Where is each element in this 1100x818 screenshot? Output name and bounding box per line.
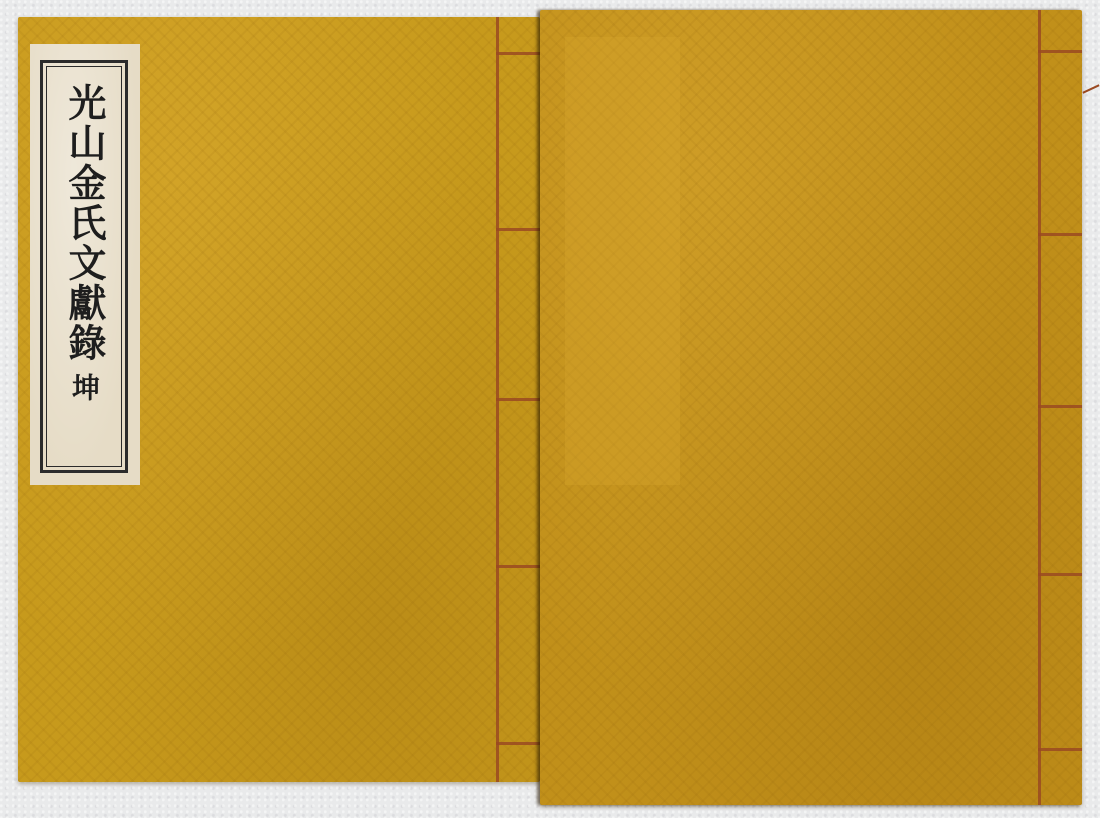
title-label: 光山金氏文獻錄 坤 [30,44,140,485]
binding-thread [1038,573,1082,576]
title-label-frame: 光山金氏文獻錄 坤 [40,60,128,473]
binding-thread [496,228,540,231]
binding-thread [496,398,540,401]
binding-thread [496,52,540,55]
binding-thread [1038,233,1082,236]
binding-thread [496,565,540,568]
binding-thread [1038,405,1082,408]
volume-mark: 坤 [64,373,104,401]
book-title: 光山金氏文獻錄 [65,83,103,363]
binding-thread [496,742,540,745]
binding-thread [1038,748,1082,751]
binding-thread [1038,50,1082,53]
right-book-cover [540,10,1082,805]
left-book-cover: 光山金氏文獻錄 坤 [18,17,540,782]
faded-label-area [565,37,680,485]
loose-thread [1082,84,1099,93]
